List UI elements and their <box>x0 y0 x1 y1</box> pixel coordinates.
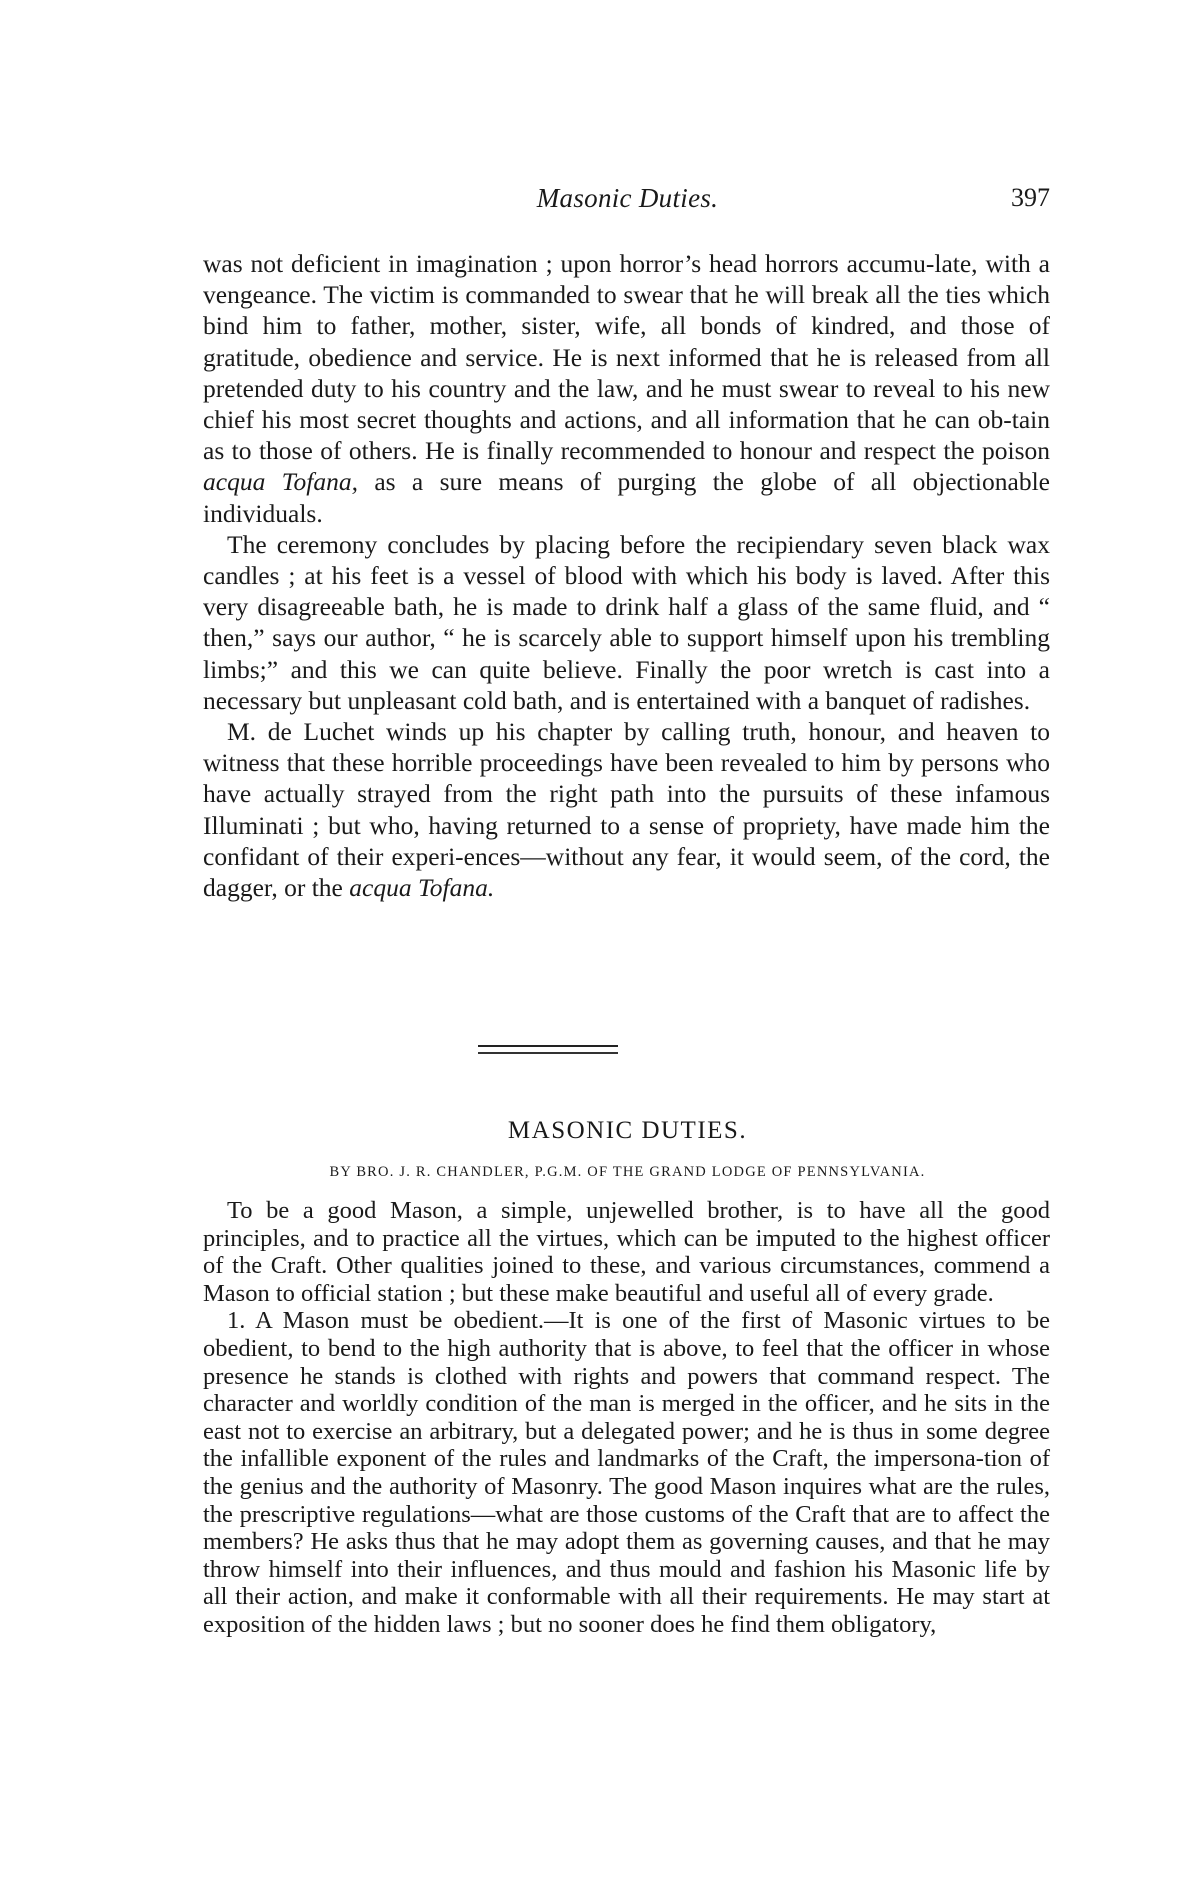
running-head: Masonic Duties. 397 <box>205 183 1050 223</box>
text-segment: M. de Luchet winds up his chapter by cal… <box>203 717 1050 902</box>
paragraph: 1. A Mason must be obedient.—It is one o… <box>203 1307 1050 1638</box>
text-segment: To be a good Mason, a simple, unjewelled… <box>203 1197 1050 1307</box>
article-title: MASONIC DUTIES. <box>205 1117 1050 1145</box>
section-divider-rule <box>478 1045 618 1054</box>
article-text: To be a good Mason, a simple, unjewelled… <box>203 1197 1050 1639</box>
paragraph: M. de Luchet winds up his chapter by cal… <box>203 716 1050 903</box>
paragraph: The ceremony concludes by placing before… <box>203 529 1050 716</box>
italic-text-segment: acqua Tofana. <box>349 873 494 902</box>
text-segment: The ceremony concludes by placing before… <box>203 530 1050 715</box>
paragraph: To be a good Mason, a simple, unjewelled… <box>203 1197 1050 1307</box>
previous-article-text: was not deficient in imagination ; upon … <box>203 248 1050 903</box>
text-segment: 1. A Mason must be obedient.—It is one o… <box>203 1307 1050 1638</box>
article-byline: BY BRO. J. R. CHANDLER, P.G.M. OF THE GR… <box>205 1164 1050 1181</box>
paragraph: was not deficient in imagination ; upon … <box>203 248 1050 529</box>
document-page: Masonic Duties. 397 was not deficient in… <box>0 0 1201 1901</box>
running-title: Masonic Duties. <box>205 183 1050 214</box>
text-segment: was not deficient in imagination ; upon … <box>203 249 1050 465</box>
page-number: 397 <box>1011 183 1050 213</box>
italic-text-segment: acqua Tofana, <box>203 467 358 496</box>
